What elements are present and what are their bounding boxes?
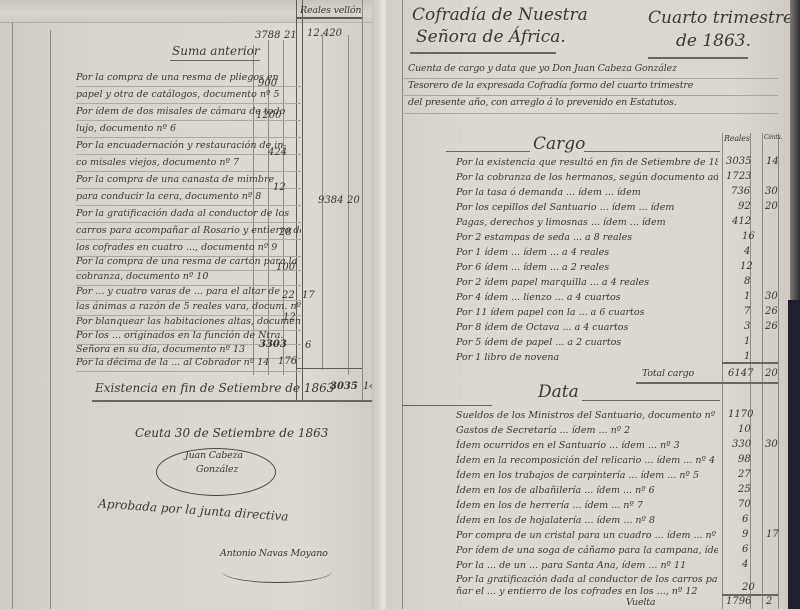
amount-column-rule	[302, 0, 303, 400]
cargo-cents: 14	[766, 156, 779, 167]
reales-header: Reales	[724, 134, 750, 143]
background-object	[788, 300, 800, 609]
heading-rule	[402, 405, 492, 406]
title-line1: Cofradía de Nuestra	[412, 5, 588, 25]
entry-line: Por la gratificación dada al conductor d…	[76, 205, 301, 223]
entry-amount: 1200	[256, 110, 281, 121]
data-reales: 9	[742, 529, 748, 540]
column-subtotal: 9384	[318, 195, 343, 206]
cargo-row: Pagas, derechos y limosnas ... ídem ... …	[456, 215, 718, 230]
data-row: Por ídem de una soga de cáñamo para la c…	[456, 543, 718, 558]
title-underline	[410, 52, 556, 54]
approval-text: Aprobada por la junta directiva	[98, 496, 289, 523]
rule	[402, 78, 778, 79]
cargo-reales: 736	[731, 186, 750, 197]
cargo-row: Por los cepillos del Santuario ... ídem …	[456, 200, 718, 215]
carried-forward-cents: 21	[284, 30, 297, 41]
left-page: Reales vellón Suma anterior 3788 21 12.4…	[0, 0, 382, 609]
data-row: ñar el ... y entierro de los cofrades en…	[456, 584, 718, 599]
balance-label: Existencia en fin de Setiembre de 1863	[95, 381, 334, 395]
ledger-photo: Reales vellón Suma anterior 3788 21 12.4…	[0, 0, 800, 609]
cargo-row: Por la cobranza de los hermanos, según d…	[456, 170, 718, 185]
cargo-row: Por 2 estampas de seda ... a 8 reales	[456, 230, 718, 245]
heading-rule	[584, 151, 720, 152]
data-reales: 6	[742, 514, 748, 525]
data-reales: 98	[738, 454, 751, 465]
entry-line: para conducir la cera, documento nº 8	[76, 188, 301, 206]
carry-label: Vuelta	[626, 597, 655, 608]
cargo-row: Por 6 ídem ... ídem ... a 2 reales	[456, 260, 718, 275]
cargo-heading: Cargo	[533, 134, 585, 154]
data-row: Ídem en la recomposición del relicario .…	[456, 453, 718, 468]
entry-amount: 100	[276, 262, 295, 273]
entry-amount: 12	[283, 312, 296, 323]
period-underline	[648, 57, 748, 59]
carried-forward-reales: 3788	[255, 30, 280, 41]
data-row: Ídem en los de herrería ... ídem ... nº …	[456, 498, 718, 513]
entry-line: lujo, documento nº 6	[76, 120, 301, 138]
data-reales: 6	[742, 544, 748, 555]
data-row: Ídem en los trabajos de carpintería ... …	[456, 468, 718, 483]
entry-amount: 900	[258, 78, 277, 89]
cargo-row: Por 2 ídem papel marquilla ... a 4 reale…	[456, 275, 718, 290]
cargo-reales: 412	[732, 216, 751, 227]
entry-amount: 22	[282, 290, 295, 301]
cargo-reales: 1723	[726, 171, 751, 182]
cargo-cents: 30	[765, 291, 778, 302]
cargo-reales: 92	[738, 201, 751, 212]
total-underline	[636, 382, 778, 384]
signature-1-line2: González	[196, 464, 238, 475]
entry-line: Por la décima de la ... al Cobrador nº 1…	[76, 354, 301, 372]
cargo-reales: 1	[744, 291, 750, 302]
rule	[402, 113, 778, 114]
entry-line: carros para acompañar al Rosario y entie…	[76, 222, 301, 240]
entry-cents: 17	[302, 290, 315, 301]
period-line1: Cuarto trimestre	[648, 8, 793, 28]
data-row: Por la ... de un ... para Santa Ana, íde…	[456, 558, 718, 573]
rule	[402, 95, 778, 96]
right-page: Cofradía de Nuestra Señora de África. Cu…	[386, 0, 792, 609]
total-cargo-cents: 20	[765, 368, 778, 379]
cargo-row: Por 5 ídem de papel ... a 2 cuartos	[456, 335, 718, 350]
data-row: Gastos de Secretaría ... ídem ... nº 2	[456, 423, 718, 438]
data-reales: 25	[738, 484, 751, 495]
cargo-cents: 26	[765, 306, 778, 317]
entry-cents: 6	[305, 340, 311, 351]
entry-amount: 12	[273, 182, 286, 193]
data-reales: 20	[742, 582, 755, 593]
margin-rule	[402, 0, 403, 609]
carry-cents: 2	[766, 596, 772, 607]
cargo-row: Por 11 ídem papel con la ... a 6 cuartos	[456, 305, 718, 320]
reales-column-rule	[722, 133, 723, 609]
heading-rule	[582, 400, 720, 401]
cents-header: Cénts.	[764, 134, 782, 141]
data-row: Ídem en los de hojalatería ... ídem ... …	[456, 513, 718, 528]
entry-amount: 3303	[259, 339, 287, 350]
cargo-reales: 1	[744, 336, 750, 347]
cargo-row: Por 1 ídem ... ídem ... a 4 reales	[456, 245, 718, 260]
balance-underline	[92, 400, 372, 402]
header-rule	[296, 17, 362, 19]
margin-rule	[12, 22, 13, 609]
data-reales: 27	[738, 469, 751, 480]
entry-amount: 28	[279, 227, 292, 238]
data-row: Por compra de un cristal para un cuadro …	[456, 528, 718, 543]
intro-line: Tesorero de la expresada Cofradía formo …	[408, 80, 693, 91]
cargo-reales: 3	[744, 321, 750, 332]
cargo-reales: 3035	[726, 156, 751, 167]
cargo-reales: 4	[744, 246, 750, 257]
cargo-reales: 8	[744, 276, 750, 287]
total-cargo-label: Total cargo	[642, 368, 694, 379]
period-line2: de 1863.	[676, 31, 751, 51]
entry-line: Por la compra de una canasta de mimbre	[76, 171, 301, 189]
data-reales: 1170	[728, 409, 753, 420]
intro-line: del presente año, con arreglo á lo preve…	[408, 97, 677, 108]
data-reales: 70	[738, 499, 751, 510]
signature-2: Antonio Navas Moyano	[220, 548, 328, 559]
total-cargo-reales: 6147	[728, 368, 753, 379]
cargo-reales: 7	[744, 306, 750, 317]
total-column-rule	[362, 0, 363, 400]
data-reales: 330	[732, 439, 751, 450]
total-rule	[296, 368, 362, 369]
cargo-row: Por 1 libro de novena	[456, 350, 718, 365]
data-cents: 17	[766, 529, 779, 540]
cargo-cents: 26	[765, 321, 778, 332]
title-line2: Señora de África.	[416, 27, 566, 47]
carried-forward-label: Suma anterior	[172, 44, 260, 58]
heading-rule	[446, 151, 530, 152]
data-heading: Data	[538, 382, 579, 402]
data-row: Ídem ocurridos en el Santuario ... ídem …	[456, 438, 718, 453]
column-subtotal-cents: 20	[347, 195, 360, 206]
carried-forward-total: 12.420	[307, 28, 342, 39]
cargo-row: Por la existencia que resultó en fin de …	[456, 155, 718, 170]
data-reales: 4	[742, 559, 748, 570]
data-row: Ídem en los de albañilería ... ídem ... …	[456, 483, 718, 498]
total-rule	[722, 362, 778, 364]
data-cents: 30	[765, 439, 778, 450]
data-row: Sueldos de los Ministros del Santuario, …	[456, 408, 718, 423]
cents-column-rule	[762, 133, 763, 609]
data-reales: 10	[738, 424, 751, 435]
underline	[170, 60, 260, 61]
cargo-row: Por 8 ídem de Octava ... a 4 cuartos	[456, 320, 718, 335]
date-line: Ceuta 30 de Setiembre de 1863	[135, 426, 328, 440]
signature-1-line1: Juan Cabeza	[185, 450, 243, 461]
intro-line: Cuenta de cargo y data que yo Don Juan C…	[408, 63, 677, 74]
carry-reales: 1796	[726, 596, 751, 607]
signature-flourish	[222, 560, 332, 583]
cargo-cents: 20	[765, 201, 778, 212]
cargo-reales: 12	[740, 261, 753, 272]
cargo-row: Por 4 ídem ... lienzo ... a 4 cuartos	[456, 290, 718, 305]
cargo-reales: 1	[744, 351, 750, 362]
cargo-cents: 30	[765, 186, 778, 197]
entry-amount: 424	[268, 147, 287, 158]
column-header: Reales vellón	[300, 5, 361, 16]
cargo-reales: 16	[742, 231, 755, 242]
entry-amount: 176	[278, 356, 297, 367]
cargo-row: Por la tasa ó demanda ... ídem ... ídem	[456, 185, 718, 200]
balance-amount: 3035	[330, 381, 358, 392]
margin-rule	[50, 30, 51, 609]
